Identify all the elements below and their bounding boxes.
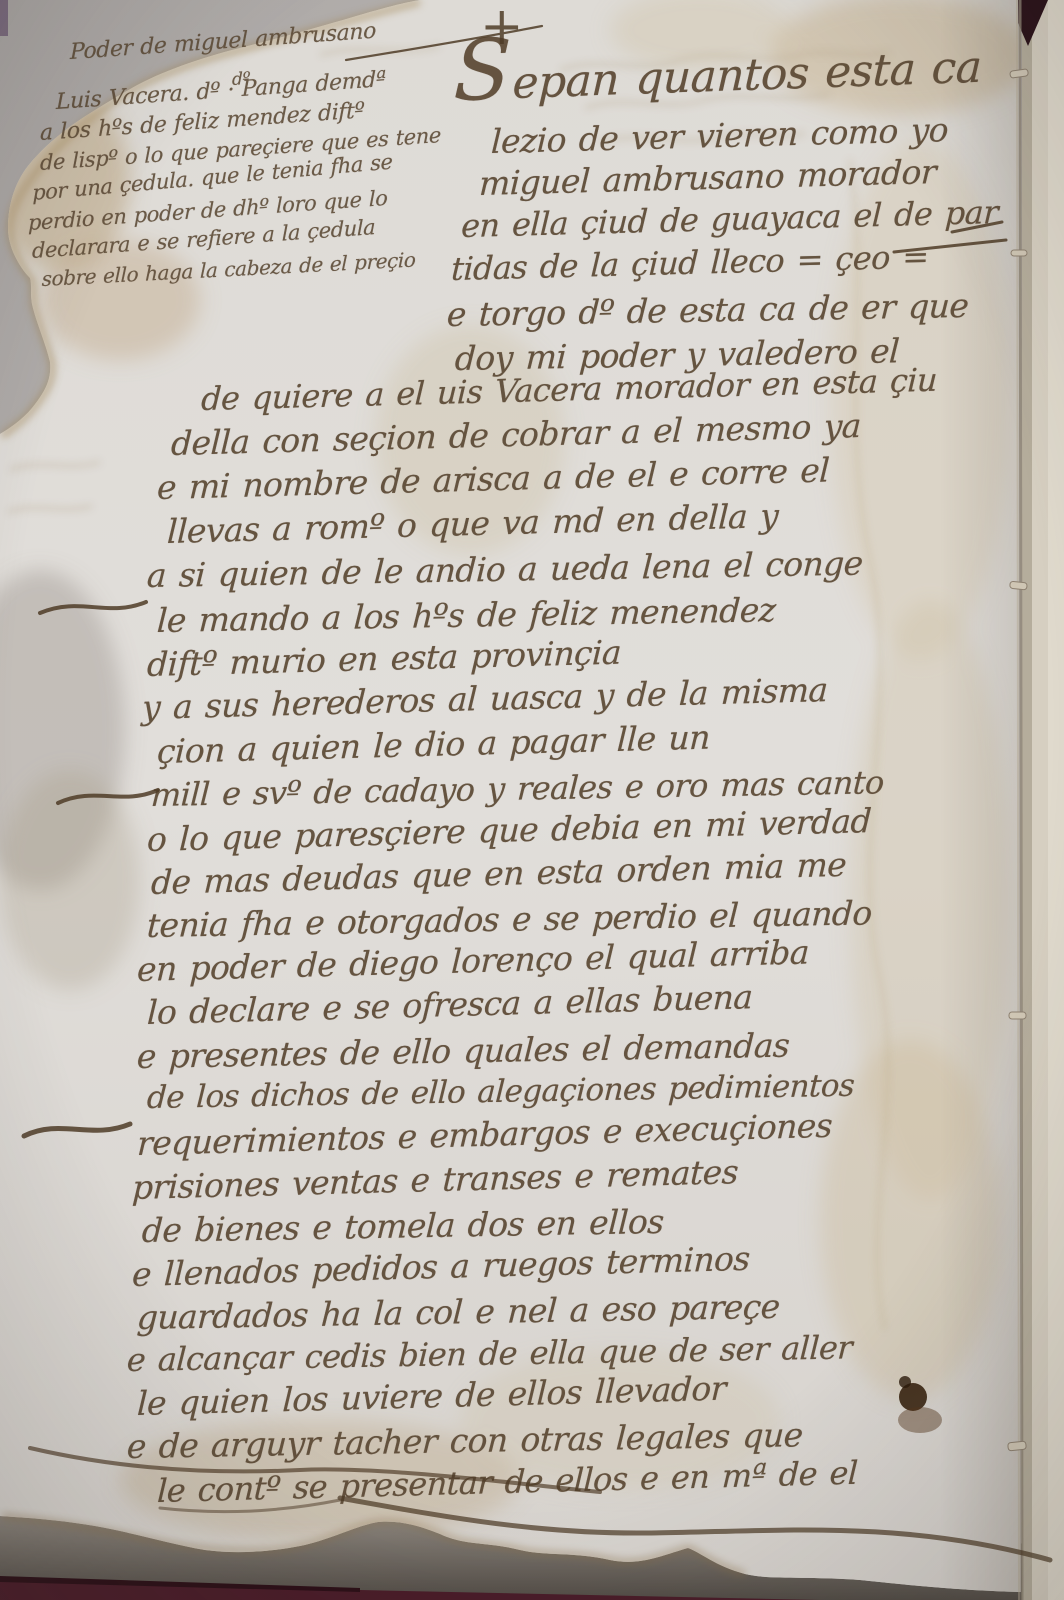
- binding-sliver-top-left: [0, 0, 8, 36]
- manuscript-photograph: Poder de miguel ambrusanodºLuis Vacera. …: [0, 0, 1064, 1600]
- gutter-crease: [1020, 0, 1022, 1600]
